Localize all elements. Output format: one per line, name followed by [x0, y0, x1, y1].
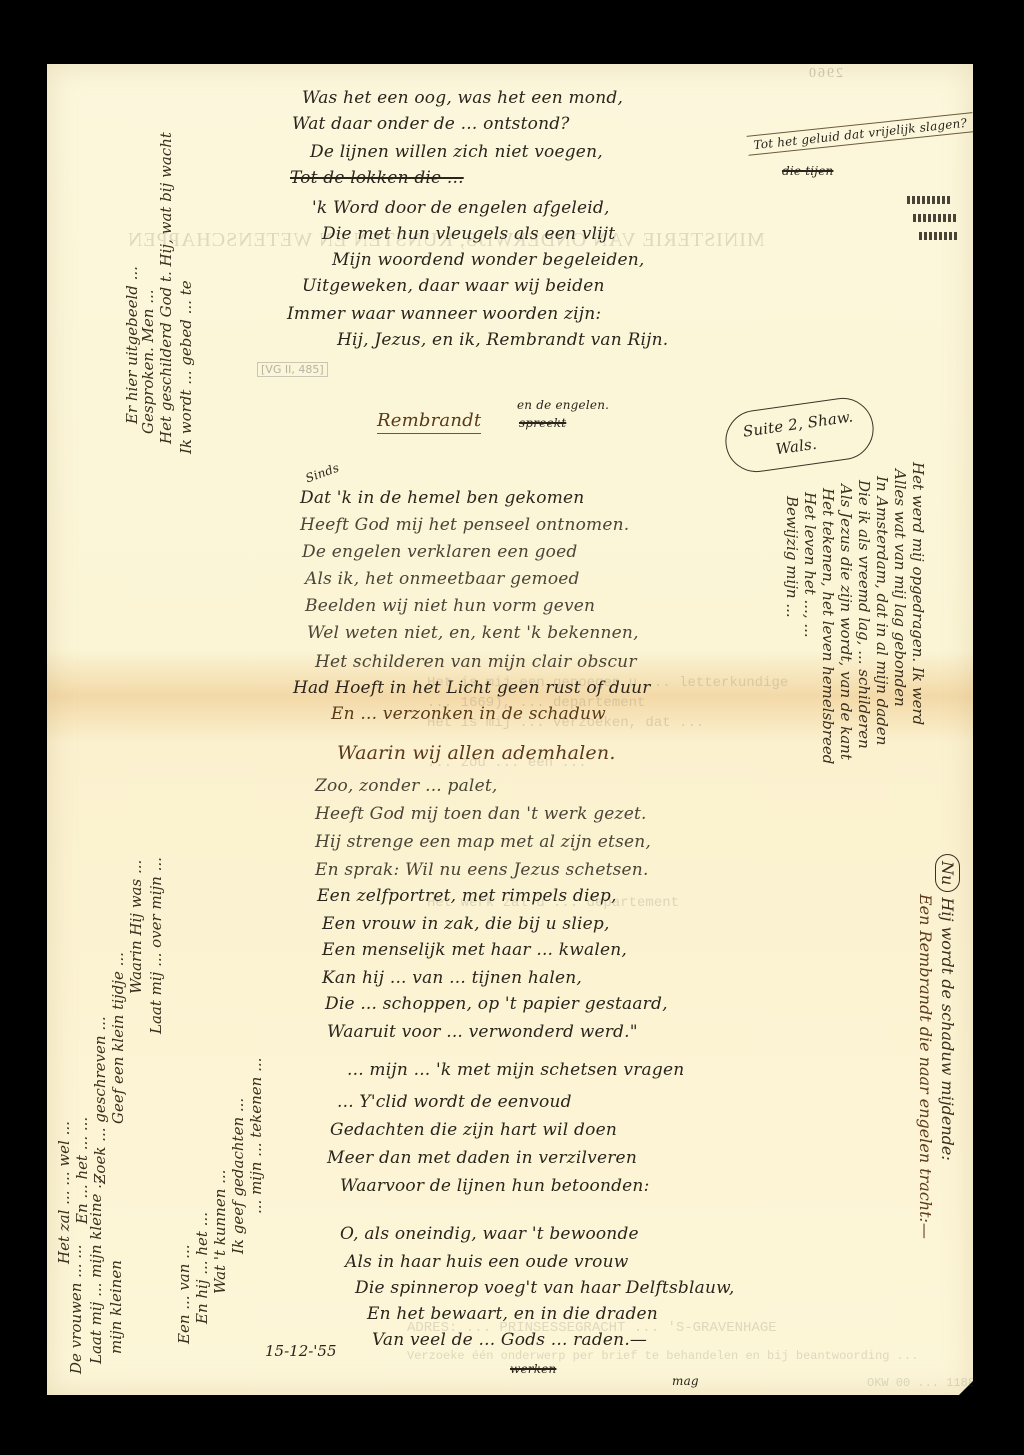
left-lower-note: mijn kleinen: [107, 1260, 125, 1354]
far-right-note-line: Nu Hij wordt de schaduw mijdende:: [938, 854, 957, 1161]
poem-line: Die ... schoppen, op 't papier gestaard,: [325, 994, 668, 1014]
bottom-insert: mag: [672, 1374, 699, 1388]
stanza-line: Die met hun vleugels als een vlijt: [322, 224, 615, 244]
margin-insert: Sinds: [304, 460, 341, 485]
manuscript-date: 15-12-'55: [265, 1342, 337, 1360]
poem-line: Die spinnerop voeg't van haar Delftsblau…: [355, 1278, 734, 1298]
poem-line: Als ik, het onmeetbaar gemoed: [305, 569, 580, 589]
left-lower-note: Waarin Hij was ...: [127, 860, 145, 994]
poem-title: Rembrandt: [377, 410, 481, 434]
poem-line: Wel weten niet, en, kent 'k bekennen,: [307, 623, 639, 643]
archive-number: 2960: [807, 66, 843, 82]
poem-line: Als in haar huis een oude vrouw: [345, 1252, 629, 1272]
scribble: [913, 214, 957, 222]
left-lower-note: Het zal ... ... wel ...: [55, 1121, 73, 1264]
right-note-line: Die ik als vreemd lag, ... schilderen: [855, 480, 873, 749]
poem-line: Had Hoeft in het Licht geen rust of duur: [293, 678, 651, 698]
left-lower-note: Zoek ... geschreven ...: [91, 1016, 109, 1184]
side-note: Tot het geluid dat vrijelijk slagen?: [747, 112, 973, 156]
poem-line: Een zelfportret, met rimpels diep,: [317, 886, 617, 906]
left-note-line: Ik wordt ... gebed ... te: [177, 280, 195, 454]
poem-line: Beelden wij niet hun vorm geven: [305, 596, 595, 616]
stanza-line: Uitgeweken, daar waar wij beiden: [302, 276, 605, 296]
left-lower-note: Geef een klein tijdje ...: [109, 952, 127, 1124]
poem-line: Heeft God mij toen dan 't werk gezet.: [315, 804, 647, 824]
poem-line: Een vrouw in zak, die bij u sliep,: [322, 914, 610, 934]
right-note-line: Alles wat van mij lag gebonden: [891, 469, 909, 707]
stanza-line: 'k Word door de engelen afgeleid,: [312, 198, 610, 218]
poem-line: En ... verzonken in de schaduw: [331, 704, 606, 724]
title-insert: en de engelen.: [517, 398, 609, 412]
side-note-struck: die tijen: [782, 164, 833, 178]
stanza-line: Hij, Jezus, en ik, Rembrandt van Rijn.: [337, 330, 668, 350]
circled-note: Suite 2, Shaw. Wals.: [721, 394, 877, 476]
left-lower-note: De vrouwen ... ...: [67, 1244, 85, 1374]
right-note-line: Als Jezus die zijn wordt, van de kant: [837, 484, 855, 760]
footer-code: OKW 00 ... 11880 - '55: [867, 1374, 973, 1393]
left-lower-note: Ik geef gedachten ...: [229, 1098, 247, 1254]
left-note-line: Het geschilderd God t. Hij, wat bij wach…: [157, 132, 175, 444]
far-right-note-text: Hij wordt de schaduw mijdende:: [938, 897, 957, 1160]
far-right-note-line: Een Rembrandt die naar engelen tracht:—: [916, 894, 935, 1239]
poem-line: De engelen verklaren een goed: [302, 542, 577, 562]
poem-line: Waarin wij allen ademhalen.: [337, 742, 616, 764]
poem-line: Hij strenge een map met al zijn etsen,: [315, 832, 651, 852]
stanza-line: Immer waar wanneer woorden zijn:: [287, 304, 601, 324]
bottom-insert: werken: [510, 1362, 556, 1376]
title-struck: spreekt: [519, 416, 566, 430]
left-lower-note: Laat mij ... mijn kleine ...: [87, 1175, 105, 1364]
poem-line: O, als oneindig, waar 't bewoonde: [340, 1224, 639, 1244]
stanza-line: De lijnen willen zich niet voegen,: [310, 142, 603, 162]
poem-line: Waarvoor de lijnen hun betoonden:: [340, 1176, 650, 1196]
stanza-line: Wat daar onder de ... ontstond?: [292, 114, 570, 134]
poem-line: Meer dan met daden in verzilveren: [327, 1148, 637, 1168]
poem-line: Heeft God mij het penseel ontnomen.: [300, 515, 629, 535]
right-note-line: Het werd mij opgedragen. Ik werd: [909, 462, 927, 725]
left-note-line: Er hier uitgebeeld ...: [123, 266, 141, 424]
poem-line: ... mijn ... 'k met mijn schetsen vragen: [347, 1060, 684, 1080]
poem-line: Een menselijk met haar ... kwalen,: [322, 940, 627, 960]
right-note-line: Het tekenen, het leven hemelsbreed: [819, 488, 837, 764]
poem-line: Het schilderen van mijn clair obscur: [315, 652, 637, 672]
scribble: [919, 232, 959, 240]
right-note-line: Het leven het ..., ...: [801, 492, 819, 638]
reference-note: [VG II, 485]: [257, 362, 328, 377]
left-lower-note: Een ... van ...: [175, 1245, 193, 1344]
manuscript-page: 2960 MINISTERIE VAN ONDERWIJS, KUNSTEN E…: [47, 64, 973, 1395]
stanza-line: Mijn woordend wonder begeleiden,: [332, 250, 645, 270]
left-lower-note: Laat mij ... over mijn ...: [147, 857, 165, 1034]
stanza-line: Was het een oog, was het een mond,: [302, 88, 623, 108]
stanza-line-struck: Tot de lokken die ...: [290, 168, 464, 188]
left-lower-note: En hij ... het ...: [193, 1212, 211, 1324]
poem-line: Kan hij ... van ... tijnen halen,: [322, 968, 582, 988]
right-note-line: Bewijzig mijn ...: [783, 496, 801, 618]
poem-line: Dat 'k in de hemel ben gekomen: [300, 488, 584, 508]
left-lower-note: ... mijn ... tekenen ...: [247, 1058, 265, 1214]
poem-line: Gedachten die zijn hart wil doen: [330, 1120, 617, 1140]
left-lower-note: Wat 't kunnen ...: [211, 1170, 229, 1294]
scribble: [907, 196, 951, 204]
poem-line: En sprak: Wil nu eens Jezus schetsen.: [315, 860, 649, 880]
poem-line: ... Y'clid wordt de eenvoud: [337, 1092, 572, 1112]
poem-line: Van veel de ... Gods ... raden.—: [372, 1330, 647, 1350]
poem-line: Waaruit voor ... verwonderd werd.": [327, 1022, 638, 1042]
circled-word: Nu: [935, 854, 960, 892]
poem-line: Zoo, zonder ... palet,: [315, 776, 497, 796]
right-note-line: In Amsterdam, dat in al mijn daden: [873, 476, 891, 745]
left-note-line: Gesproken. Men ...: [139, 290, 157, 435]
poem-line: En het bewaart, en in die draden: [367, 1304, 658, 1324]
